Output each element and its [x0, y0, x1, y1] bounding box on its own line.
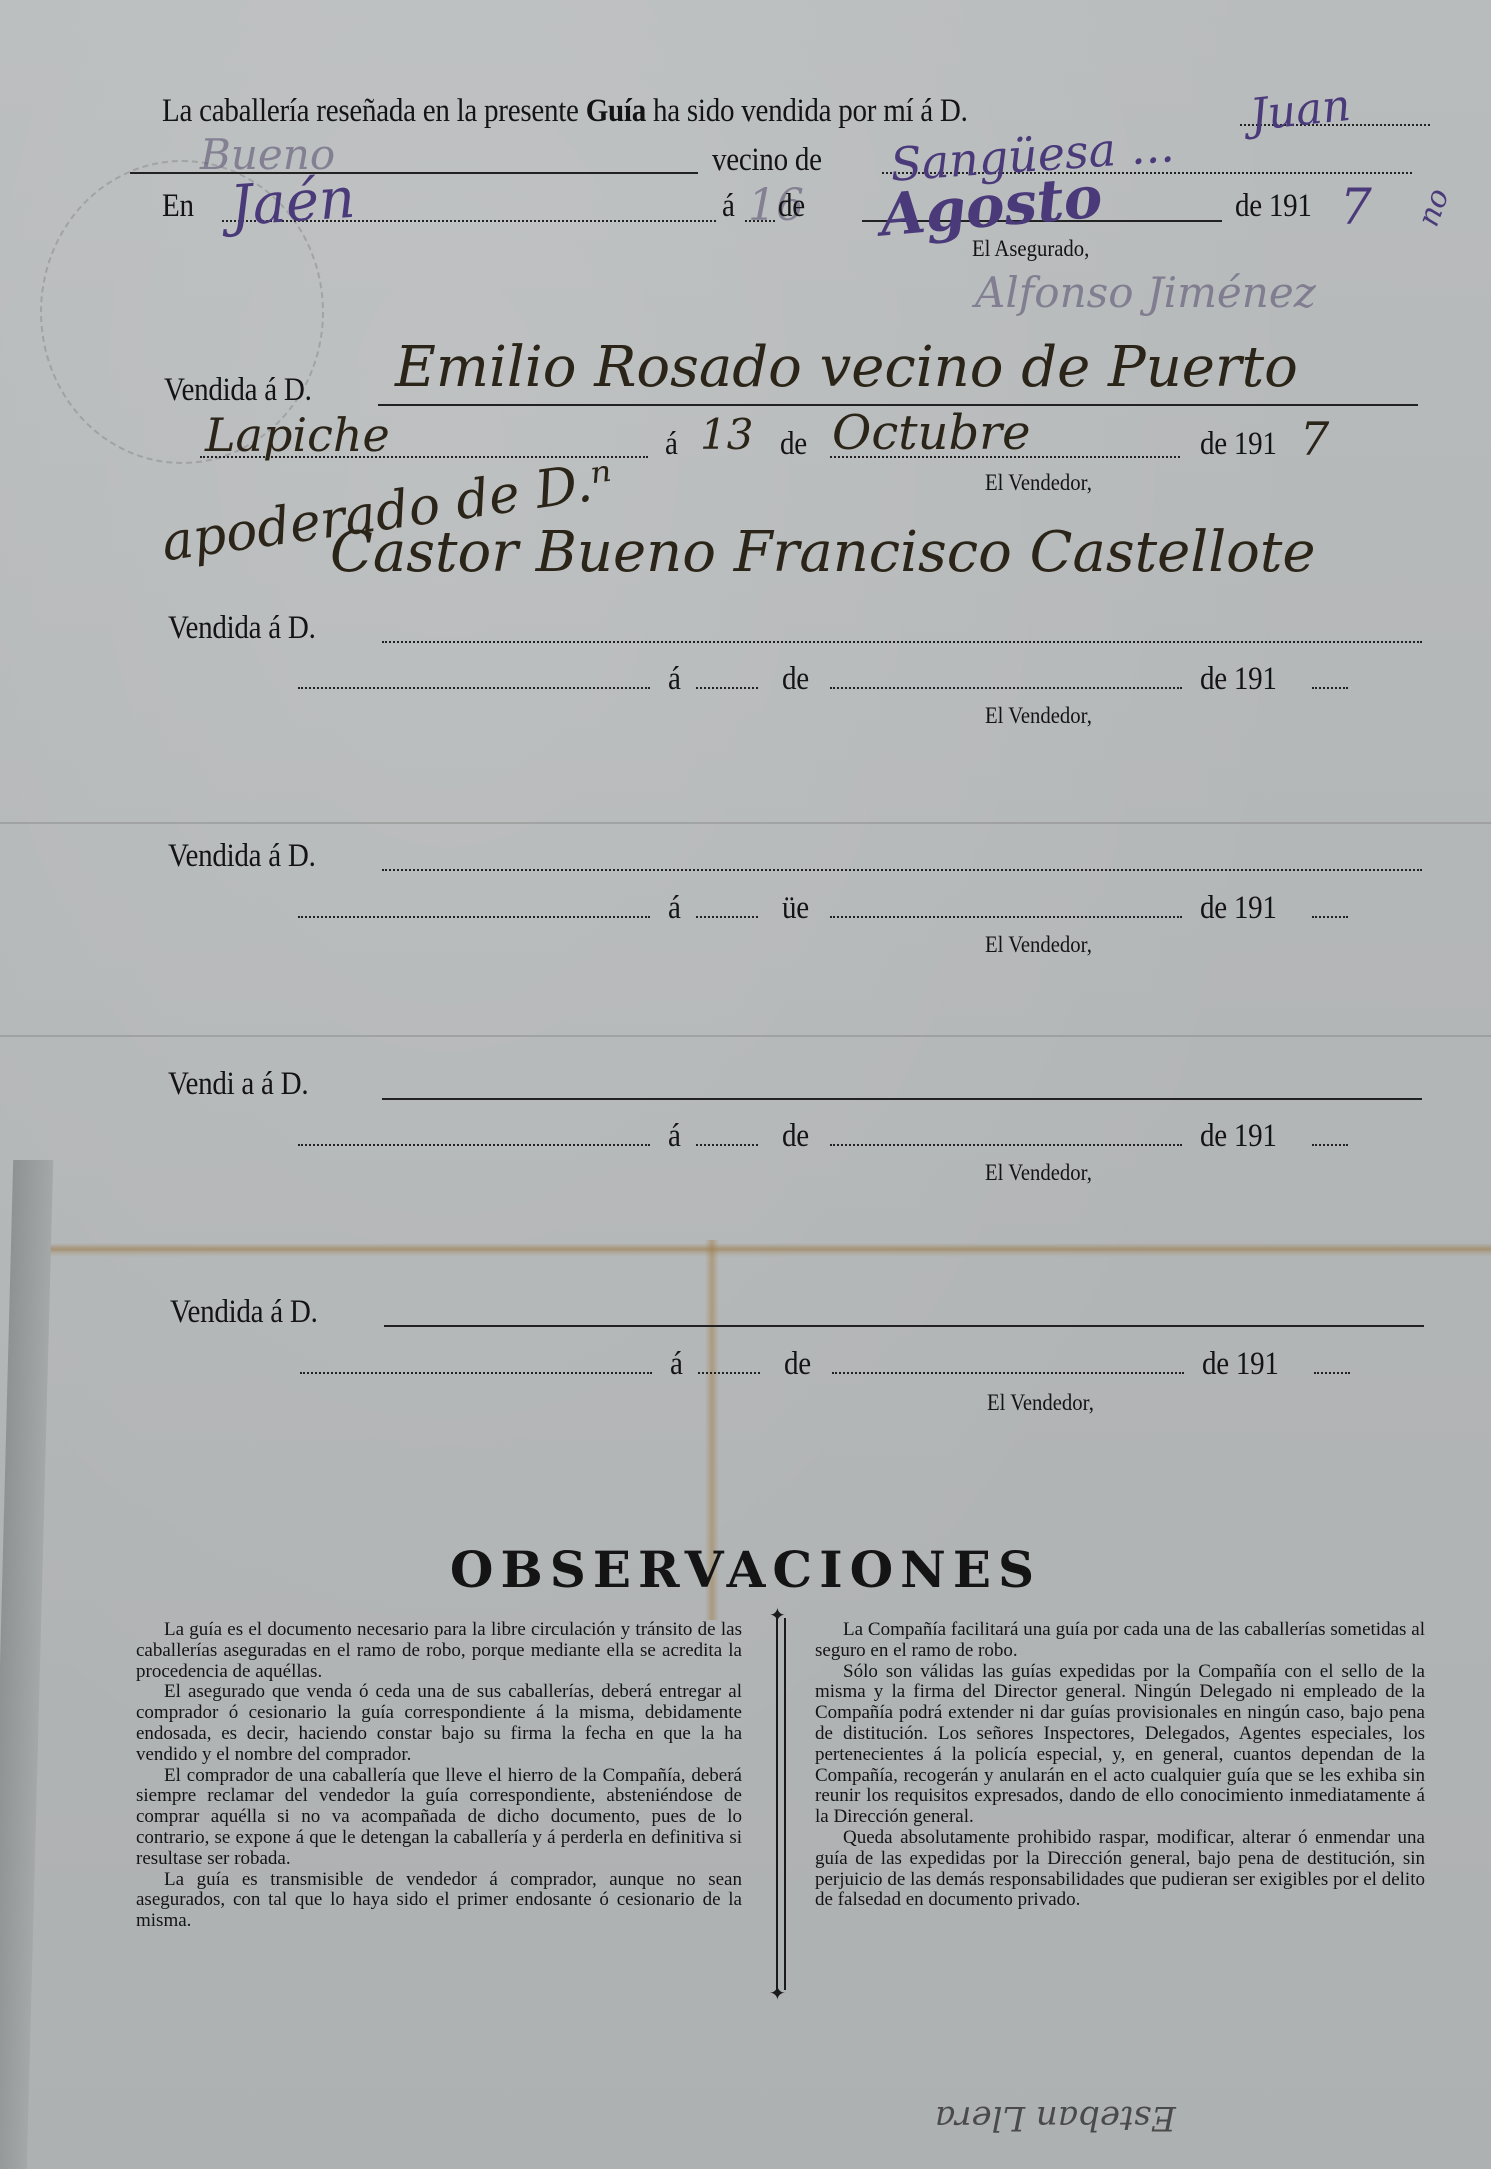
- handwritten-year: 7: [1340, 178, 1372, 236]
- page-edge-shadow: [0, 1160, 53, 2169]
- en-label: En: [162, 190, 194, 223]
- sale-2-day-field[interactable]: [696, 687, 758, 689]
- sale-4-year-field[interactable]: [1312, 1144, 1348, 1146]
- column-divider: [776, 1618, 786, 1990]
- sale-2-vendedor-label: El Vendedor,: [985, 703, 1092, 729]
- sale-5-year: de 191: [1202, 1348, 1279, 1381]
- sale-5-day-field[interactable]: [698, 1372, 760, 1374]
- sale-3-day-field[interactable]: [696, 916, 758, 918]
- sale-5-de: de: [784, 1348, 811, 1381]
- sale-2-year-field[interactable]: [1312, 687, 1348, 689]
- obs-paragraph: La guía es el documento necesario para l…: [136, 1620, 742, 1682]
- sale-5-place-field[interactable]: [300, 1372, 652, 1374]
- fold-line: [0, 822, 1491, 824]
- guia-word: Guía: [586, 93, 646, 129]
- sale-5-label: Vendida á D.: [170, 1296, 318, 1329]
- sale-4-de: de: [782, 1120, 809, 1153]
- sale-2-year: de 191: [1200, 663, 1277, 696]
- sale-1-buyer: Emilio Rosado vecino de Puerto: [395, 335, 1298, 400]
- a-label: á: [722, 190, 735, 223]
- obs-paragraph: Sólo son válidas las guías expedidas por…: [815, 1662, 1425, 1828]
- sale-2-month-field[interactable]: [830, 687, 1182, 689]
- sale-3-de: üe: [782, 892, 809, 925]
- vecino-label: vecino de: [712, 144, 822, 177]
- document-page: La caballería reseñada en la presente Gu…: [0, 0, 1491, 2169]
- handwritten-overflow: no: [1411, 184, 1457, 231]
- sale-3-buyer-field[interactable]: [382, 869, 1422, 871]
- header-text: La caballería reseñada en la presente Gu…: [162, 95, 968, 128]
- asegurado-label: El Asegurado,: [972, 236, 1089, 262]
- sale-3-vendedor-label: El Vendedor,: [985, 932, 1092, 958]
- sale-2-de: de: [782, 663, 809, 696]
- ornament-bottom-icon: ✦: [769, 1984, 786, 2004]
- sale-1-note-2: Castor Bueno Francisco Castellote: [330, 520, 1315, 585]
- sale-3-place-field[interactable]: [298, 916, 650, 918]
- sale-4-month-field[interactable]: [830, 1144, 1182, 1146]
- sale-1-year-digit: 7: [1300, 412, 1329, 466]
- sale-3-a: á: [668, 892, 681, 925]
- sale-3-label: Vendida á D.: [168, 840, 316, 873]
- obs-paragraph: El asegurado que venda ó ceda una de sus…: [136, 1682, 742, 1765]
- rust-fold-stain: [30, 1243, 1491, 1257]
- fold-line: [0, 1035, 1491, 1037]
- sale-1-vendedor-label: El Vendedor,: [985, 470, 1092, 496]
- sale-4-buyer-field[interactable]: [382, 1098, 1422, 1100]
- sale-2-buyer-field[interactable]: [382, 641, 1422, 643]
- sale-1-label: Vendida á D.: [164, 374, 312, 407]
- sale-2-label: Vendida á D.: [168, 612, 316, 645]
- sale-1-a: á: [665, 428, 678, 461]
- observaciones-right-column: La Compañía facilitará una guía por cada…: [815, 1620, 1425, 1911]
- sale-4-vendedor-label: El Vendedor,: [985, 1160, 1092, 1186]
- sale-4-label: Vendi a á D.: [168, 1068, 308, 1101]
- sale-2-place-field[interactable]: [298, 687, 650, 689]
- sale-5-month-field[interactable]: [832, 1372, 1184, 1374]
- obs-paragraph: El comprador de una caballería que lleve…: [136, 1766, 742, 1870]
- observaciones-title: OBSERVACIONES: [0, 1540, 1491, 1599]
- obs-paragraph: Queda absolutamente prohibido raspar, mo…: [815, 1828, 1425, 1911]
- sale-3-month-field[interactable]: [830, 916, 1182, 918]
- sale-2-a: á: [668, 663, 681, 696]
- sale-5-a: á: [670, 1348, 683, 1381]
- sale-3-year: de 191: [1200, 892, 1277, 925]
- handwritten-name: Juan: [1248, 80, 1353, 141]
- observaciones-left-column: La guía es el documento necesario para l…: [136, 1620, 742, 1932]
- asegurado-signature: Alfonso Jiménez: [975, 268, 1316, 317]
- bottom-pencil-signature: Esteban Llera: [935, 2098, 1176, 2138]
- sale-1-day: 13: [700, 410, 753, 459]
- sale-1-de: de: [780, 428, 807, 461]
- sale-1-month: Octubre: [832, 405, 1031, 461]
- name-field[interactable]: [130, 172, 698, 174]
- sale-5-vendedor-label: El Vendedor,: [987, 1390, 1094, 1416]
- sale-4-day-field[interactable]: [696, 1144, 758, 1146]
- sale-4-place-field[interactable]: [298, 1144, 650, 1146]
- sale-1-year: de 191: [1200, 428, 1277, 461]
- obs-paragraph: La guía es transmisible de vendedor á co…: [136, 1870, 742, 1932]
- de-label: de: [778, 190, 805, 223]
- sale-4-year: de 191: [1200, 1120, 1277, 1153]
- obs-paragraph: La Compañía facilitará una guía por cada…: [815, 1620, 1425, 1662]
- sale-4-a: á: [668, 1120, 681, 1153]
- sale-5-buyer-field[interactable]: [384, 1325, 1424, 1327]
- sale-3-year-field[interactable]: [1312, 916, 1348, 918]
- handwritten-place: Jaén: [228, 166, 357, 240]
- sale-5-year-field[interactable]: [1314, 1372, 1350, 1374]
- sale-1-place: Lapiche: [205, 408, 390, 462]
- year-label: de 191: [1235, 190, 1312, 223]
